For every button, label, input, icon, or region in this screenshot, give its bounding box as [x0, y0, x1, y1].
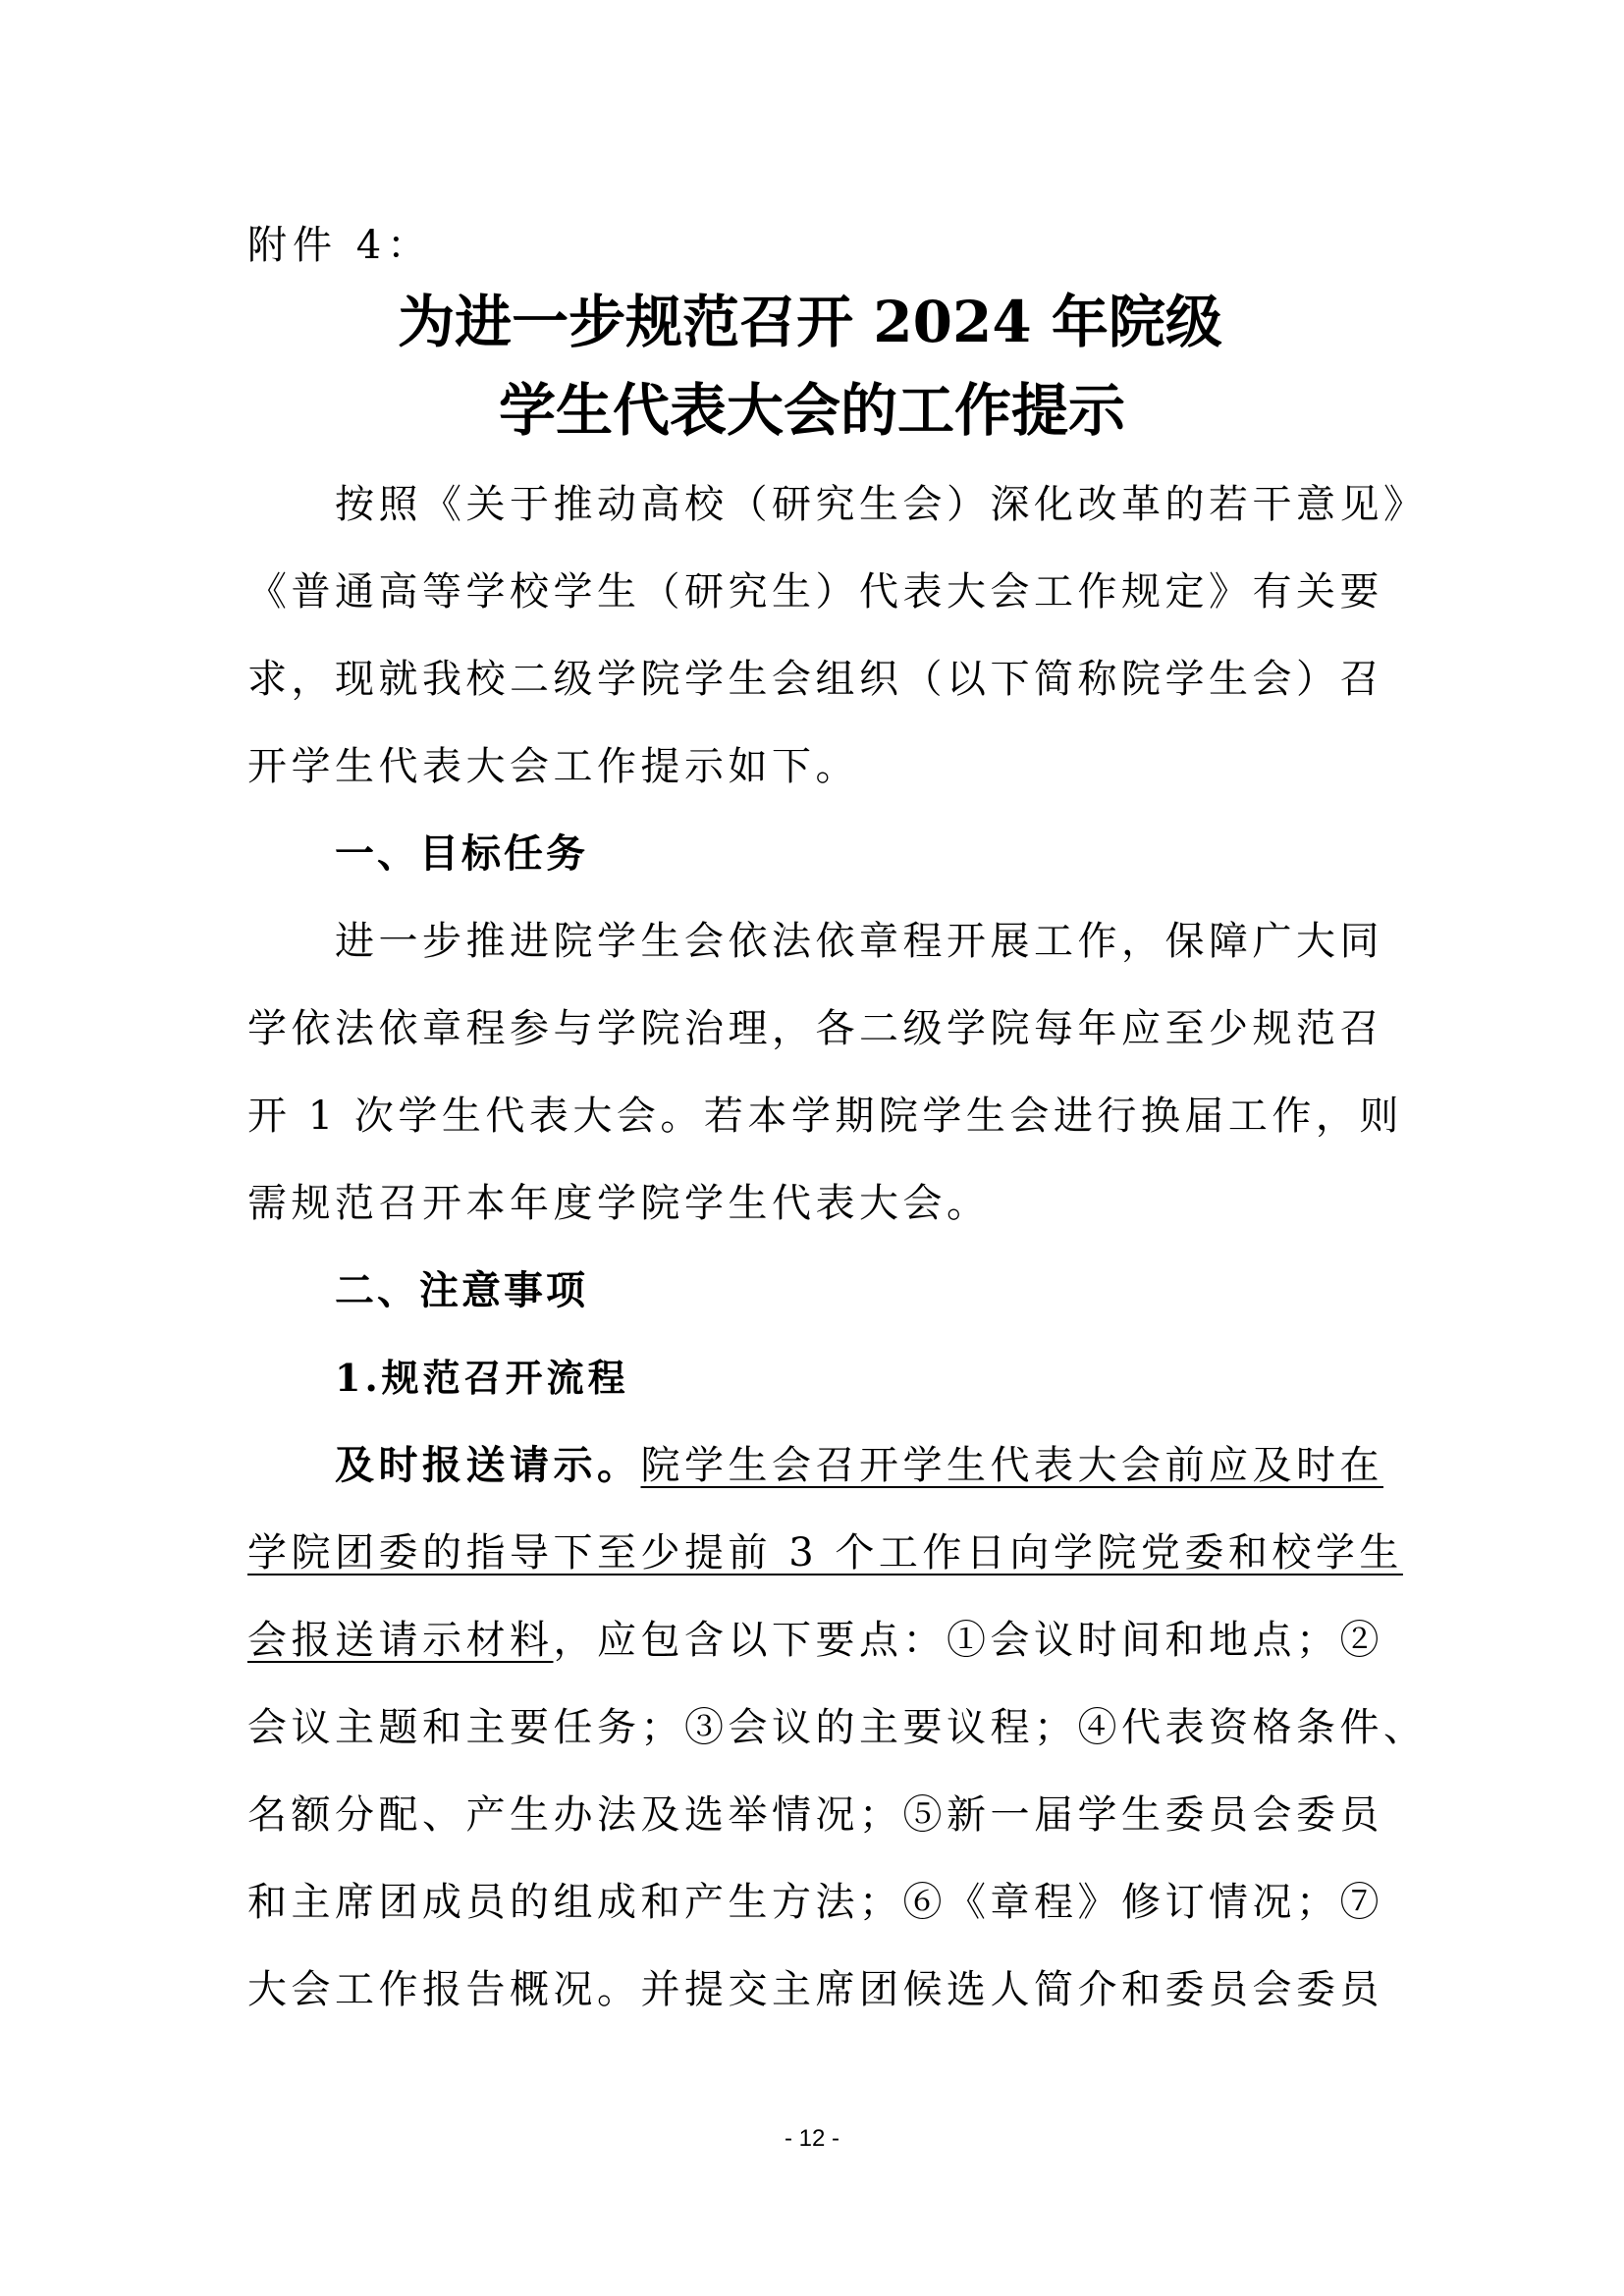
- intro-line-1: 按照《关于推动高校（研究生会）深化改革的若干意见》: [247, 477, 1379, 532]
- section2-para-line-1: 及时报送请示。院学生会召开学生代表大会前应及时在: [247, 1438, 1379, 1493]
- paragraph-lead: 及时报送请示。: [335, 1442, 641, 1488]
- intro-line-4: 开学生代表大会工作提示如下。: [247, 739, 1379, 794]
- section1-line-3: 开 1 次学生代表大会。若本学期院学生会进行换届工作，则: [247, 1089, 1379, 1144]
- section2-para-line-4: 会议主题和主要任务；③会议的主要议程；④代表资格条件、: [247, 1700, 1379, 1755]
- intro-line-3: 求，现就我校二级学院学生会组织（以下简称院学生会）召: [247, 652, 1379, 707]
- attachment-label: 附件 4：: [247, 218, 432, 273]
- document-page: 附件 4： 为进一步规范召开 2024 年院级 学生代表大会的工作提示 按照《关…: [0, 0, 1624, 2296]
- document-title-line-2: 学生代表大会的工作提示: [0, 371, 1624, 450]
- section1-line-2: 学依法依章程参与学院治理，各二级学院每年应至少规范召: [247, 1001, 1379, 1056]
- intro-line-2: 《普通高等学校学生（研究生）代表大会工作规定》有关要: [247, 564, 1379, 619]
- section-heading-goals: 一、目标任务: [335, 827, 588, 881]
- subheading-process: 1.规范召开流程: [335, 1351, 629, 1406]
- section1-line-1: 进一步推进院学生会依法依章程开展工作，保障广大同: [247, 914, 1379, 969]
- document-title-line-1: 为进一步规范召开 2024 年院级: [0, 283, 1622, 361]
- section2-para-line-3: 会报送请示材料，应包含以下要点：①会议时间和地点；②: [247, 1613, 1379, 1668]
- section2-para-line-6: 和主席团成员的组成和产生方法；⑥《章程》修订情况；⑦: [247, 1875, 1379, 1930]
- underlined-text: 会报送请示材料: [247, 1618, 554, 1663]
- body-text: ，应包含以下要点：①会议时间和地点；②: [554, 1618, 1384, 1663]
- section-heading-notes: 二、注意事项: [335, 1263, 588, 1318]
- underlined-text: 学院团委的指导下至少提前 3 个工作日向学院党委和校学生: [247, 1530, 1403, 1575]
- section2-para-line-5: 名额分配、产生办法及选举情况；⑤新一届学生委员会委员: [247, 1788, 1379, 1842]
- section2-para-line-7: 大会工作报告概况。并提交主席团候选人简介和委员会委员: [247, 1962, 1379, 2017]
- underlined-text: 院学生会召开学生代表大会前应及时在: [641, 1443, 1384, 1488]
- section2-para-line-2: 学院团委的指导下至少提前 3 个工作日向学院党委和校学生: [247, 1525, 1379, 1580]
- section1-line-4: 需规范召开本年度学院学生代表大会。: [247, 1176, 1379, 1231]
- page-number: - 12 -: [0, 2124, 1624, 2154]
